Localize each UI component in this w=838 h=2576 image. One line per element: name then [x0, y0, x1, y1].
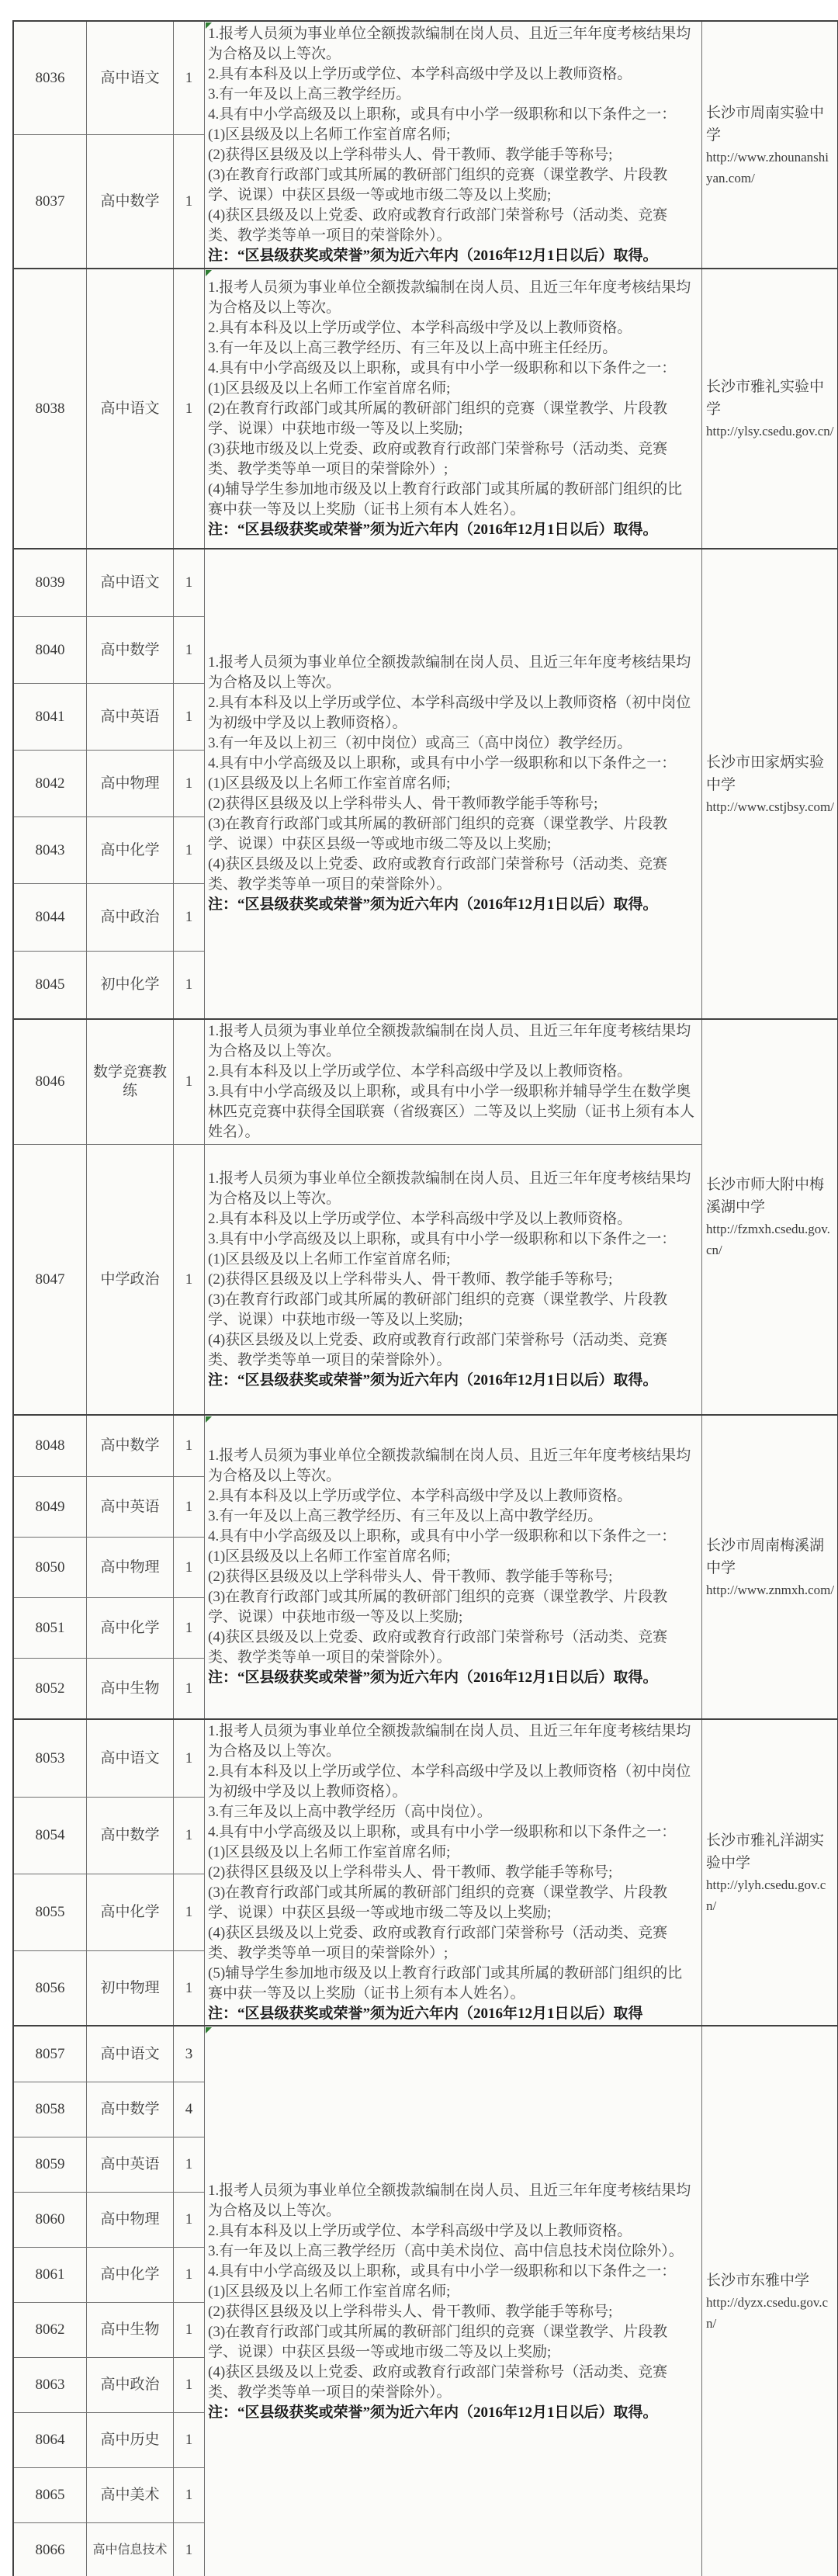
- school-url: http://ylsy.csedu.gov.cn/: [706, 421, 835, 442]
- headcount-cell: 1: [174, 2302, 205, 2357]
- job-title-cell: 高中政治: [87, 883, 174, 951]
- school-name: 长沙市周南梅溪湖中学: [706, 1534, 835, 1579]
- requirements-cell: 1.报考人员须为事业单位全额拨款编制在岗人员、且近三年年度考核结果均为合格及以上…: [205, 1020, 702, 1144]
- job-code-cell: 8064: [14, 2412, 87, 2467]
- requirement-text: 1.报考人员须为事业单位全额拨款编制在岗人员、且近三年年度考核结果均为合格及以上…: [208, 24, 697, 246]
- school-name: 长沙市田家炳实验中学: [706, 751, 835, 796]
- job-title-cell: 高中语文: [87, 2026, 174, 2082]
- job-code-cell: 8036: [14, 22, 87, 134]
- job-code-cell: 8043: [14, 816, 87, 883]
- requirement-text: 1.报考人员须为事业单位全额拨款编制在岗人员、且近三年年度考核结果均为合格及以上…: [208, 1021, 697, 1142]
- headcount-cell: 1: [174, 1020, 205, 1144]
- job-title-cell: 高中数学: [87, 1416, 174, 1476]
- job-title-cell: 高中美术: [87, 2467, 174, 2522]
- job-title-cell: 高中信息技术: [87, 2522, 174, 2576]
- requirements-cell: 1.报考人员须为事业单位全额拨款编制在岗人员、且近三年年度考核结果均为合格及以上…: [205, 1144, 702, 1414]
- job-code-cell: 8060: [14, 2192, 87, 2247]
- job-title-cell: 高中英语: [87, 2137, 174, 2192]
- headcount-cell: 1: [174, 1597, 205, 1658]
- headcount-cell: 4: [174, 2082, 205, 2137]
- job-code-cell: 8058: [14, 2082, 87, 2137]
- requirements-cell: 1.报考人员须为事业单位全额拨款编制在岗人员、且近三年年度考核结果均为合格及以上…: [205, 1416, 702, 1718]
- headcount-cell: 1: [174, 1416, 205, 1476]
- job-code-cell: 8059: [14, 2137, 87, 2192]
- requirement-text: 1.报考人员须为事业单位全额拨款编制在岗人员、且近三年年度考核结果均为合格及以上…: [208, 1169, 697, 1371]
- requirement-text: 1.报考人员须为事业单位全额拨款编制在岗人员、且近三年年度考核结果均为合格及以上…: [208, 2181, 697, 2403]
- job-title-cell: 高中化学: [87, 816, 174, 883]
- table-block: 8053 高中语文 1 8054 高中数学 1 8055 高中化学 1 8056…: [14, 1718, 837, 2025]
- headcount-cell: 1: [174, 616, 205, 683]
- school-cell: 长沙市师大附中梅溪湖中学 http://fzmxh.csedu.gov.cn/: [702, 1020, 837, 1414]
- requirement-note: 注：“区县级获奖或荣誉”须为近六年内（2016年12月1日以后）取得。: [208, 246, 697, 266]
- headcount-cell: 1: [174, 683, 205, 750]
- headcount-cell: 1: [174, 816, 205, 883]
- job-code-cell: 8056: [14, 1950, 87, 2025]
- job-title-cell: 高中生物: [87, 1658, 174, 1718]
- job-code-cell: 8041: [14, 683, 87, 750]
- job-title-cell: 高中语文: [87, 550, 174, 616]
- job-code-cell: 8055: [14, 1874, 87, 1950]
- school-cell: 长沙市周南梅溪湖中学 http://www.znmxh.com/: [702, 1416, 837, 1718]
- headcount-cell: 1: [174, 1797, 205, 1874]
- headcount-cell: 1: [174, 951, 205, 1018]
- school-cell: 长沙市田家炳实验中学 http://www.cstjbsy.com/: [702, 550, 837, 1018]
- headcount-cell: 1: [174, 750, 205, 816]
- headcount-cell: 1: [174, 1144, 205, 1414]
- headcount-cell: 1: [174, 269, 205, 548]
- job-title-cell: 中学政治: [87, 1144, 174, 1414]
- job-code-cell: 8065: [14, 2467, 87, 2522]
- headcount-cell: 1: [174, 1720, 205, 1797]
- headcount-cell: 1: [174, 1950, 205, 2025]
- requirement-note: 注：“区县级获奖或荣誉”须为近六年内（2016年12月1日以后）取得: [208, 2004, 697, 2024]
- requirement-note: 注：“区县级获奖或荣誉”须为近六年内（2016年12月1日以后）取得。: [208, 2403, 697, 2423]
- job-title-cell: 高中化学: [87, 1597, 174, 1658]
- headcount-cell: 1: [174, 2522, 205, 2576]
- headcount-cell: 1: [174, 2192, 205, 2247]
- school-name: 长沙市雅礼实验中学: [706, 376, 835, 421]
- job-title-cell: 高中化学: [87, 2247, 174, 2302]
- table-block: 8036 高中语文 1 8037 高中数学 1 1.报考人员须为事业单位全额拨款…: [14, 22, 837, 268]
- job-code-cell: 8047: [14, 1144, 87, 1414]
- headcount-cell: 1: [174, 1476, 205, 1537]
- requirement-note: 注：“区县级获奖或荣誉”须为近六年内（2016年12月1日以后）取得。: [208, 895, 697, 915]
- headcount-cell: 1: [174, 2412, 205, 2467]
- job-title-cell: 高中物理: [87, 1537, 174, 1597]
- school-url: http://dyzx.csedu.gov.cn/: [706, 2292, 835, 2334]
- requirements-cell: 1.报考人员须为事业单位全额拨款编制在岗人员、且近三年年度考核结果均为合格及以上…: [205, 2026, 702, 2576]
- table-block: 8046 数学竞赛教练 1 1.报考人员须为事业单位全额拨款编制在岗人员、且近三…: [14, 1018, 837, 1414]
- headcount-cell: 3: [174, 2026, 205, 2082]
- headcount-cell: 1: [174, 22, 205, 134]
- headcount-cell: 1: [174, 2357, 205, 2412]
- job-code-cell: 8048: [14, 1416, 87, 1476]
- job-code-cell: 8049: [14, 1476, 87, 1537]
- job-code-cell: 8038: [14, 269, 87, 548]
- school-name: 长沙市师大附中梅溪湖中学: [706, 1174, 835, 1219]
- job-code-cell: 8037: [14, 134, 87, 268]
- job-title-cell: 高中语文: [87, 269, 174, 548]
- table-block: 8039 高中语文 1 8040 高中数学 1 8041 高中英语 1 8042…: [14, 548, 837, 1018]
- job-code-cell: 8052: [14, 1658, 87, 1718]
- recruitment-table: 8036 高中语文 1 8037 高中数学 1 1.报考人员须为事业单位全额拨款…: [12, 20, 838, 2576]
- comment-marker-icon: [206, 2027, 212, 2033]
- headcount-cell: 1: [174, 2137, 205, 2192]
- job-title-cell: 高中数学: [87, 1797, 174, 1874]
- requirement-note: 注：“区县级获奖或荣誉”须为近六年内（2016年12月1日以后）取得。: [208, 1371, 697, 1391]
- headcount-cell: 1: [174, 2247, 205, 2302]
- comment-marker-icon: [206, 1416, 212, 1423]
- job-code-cell: 8057: [14, 2026, 87, 2082]
- school-name: 长沙市雅礼洋湖实验中学: [706, 1829, 835, 1874]
- school-name: 长沙市周南实验中学: [706, 102, 835, 147]
- requirements-cell: 1.报考人员须为事业单位全额拨款编制在岗人员、且近三年年度考核结果均为合格及以上…: [205, 269, 702, 548]
- job-title-cell: 高中生物: [87, 2302, 174, 2357]
- job-title-cell: 高中数学: [87, 2082, 174, 2137]
- headcount-cell: 1: [174, 883, 205, 951]
- school-cell: 长沙市雅礼实验中学 http://ylsy.csedu.gov.cn/: [702, 269, 837, 548]
- job-title-cell: 高中英语: [87, 683, 174, 750]
- school-url: http://fzmxh.csedu.gov.cn/: [706, 1219, 835, 1260]
- table-block: 8038 高中语文 1 1.报考人员须为事业单位全额拨款编制在岗人员、且近三年年…: [14, 268, 837, 548]
- job-code-cell: 8051: [14, 1597, 87, 1658]
- job-title-cell: 初中化学: [87, 951, 174, 1018]
- school-cell: 长沙市东雅中学 http://dyzx.csedu.gov.cn/: [702, 2026, 837, 2576]
- job-title-cell: 数学竞赛教练: [87, 1020, 174, 1144]
- job-title-cell: 高中物理: [87, 2192, 174, 2247]
- job-title-cell: 高中化学: [87, 1874, 174, 1950]
- job-code-cell: 8061: [14, 2247, 87, 2302]
- requirement-text: 1.报考人员须为事业单位全额拨款编制在岗人员、且近三年年度考核结果均为合格及以上…: [208, 1446, 697, 1668]
- requirements-cell: 1.报考人员须为事业单位全额拨款编制在岗人员、且近三年年度考核结果均为合格及以上…: [205, 22, 702, 268]
- job-code-cell: 8062: [14, 2302, 87, 2357]
- job-code-cell: 8050: [14, 1537, 87, 1597]
- headcount-cell: 1: [174, 2467, 205, 2522]
- job-code-cell: 8044: [14, 883, 87, 951]
- comment-marker-icon: [206, 23, 212, 29]
- headcount-cell: 1: [174, 1537, 205, 1597]
- job-title-cell: 高中英语: [87, 1476, 174, 1537]
- comment-marker-icon: [206, 270, 212, 276]
- requirement-text: 1.报考人员须为事业单位全额拨款编制在岗人员、且近三年年度考核结果均为合格及以上…: [208, 278, 697, 520]
- job-title-cell: 高中语文: [87, 1720, 174, 1797]
- job-title-cell: 初中物理: [87, 1950, 174, 2025]
- table-block: 8057 高中语文 3 8058 高中数学 4 8059 高中英语 1 8060…: [14, 2025, 837, 2576]
- school-url: http://www.zhounanshiyan.com/: [706, 147, 835, 189]
- table-block: 8048 高中数学 1 8049 高中英语 1 8050 高中物理 1 8051…: [14, 1414, 837, 1718]
- requirements-cell: 1.报考人员须为事业单位全额拨款编制在岗人员、且近三年年度考核结果均为合格及以上…: [205, 550, 702, 1018]
- job-code-cell: 8046: [14, 1020, 87, 1144]
- requirement-text: 1.报考人员须为事业单位全额拨款编制在岗人员、且近三年年度考核结果均为合格及以上…: [208, 1721, 697, 2004]
- school-url: http://www.znmxh.com/: [706, 1579, 835, 1600]
- requirements-cell: 1.报考人员须为事业单位全额拨款编制在岗人员、且近三年年度考核结果均为合格及以上…: [205, 1720, 702, 2025]
- job-title-cell: 高中历史: [87, 2412, 174, 2467]
- job-title-cell: 高中数学: [87, 616, 174, 683]
- job-title-cell: 高中政治: [87, 2357, 174, 2412]
- school-url: http://www.cstjbsy.com/: [706, 796, 835, 817]
- school-cell: 长沙市周南实验中学 http://www.zhounanshiyan.com/: [702, 22, 837, 268]
- job-title-cell: 高中数学: [87, 134, 174, 268]
- requirement-note: 注：“区县级获奖或荣誉”须为近六年内（2016年12月1日以后）取得。: [208, 1668, 697, 1688]
- requirement-note: 注：“区县级获奖或荣誉”须为近六年内（2016年12月1日以后）取得。: [208, 520, 697, 540]
- job-title-cell: 高中物理: [87, 750, 174, 816]
- headcount-cell: 1: [174, 134, 205, 268]
- job-code-cell: 8063: [14, 2357, 87, 2412]
- job-code-cell: 8040: [14, 616, 87, 683]
- requirement-text: 1.报考人员须为事业单位全额拨款编制在岗人员、且近三年年度考核结果均为合格及以上…: [208, 653, 697, 895]
- headcount-cell: 1: [174, 1658, 205, 1718]
- job-code-cell: 8045: [14, 951, 87, 1018]
- job-code-cell: 8053: [14, 1720, 87, 1797]
- page: 8036 高中语文 1 8037 高中数学 1 1.报考人员须为事业单位全额拨款…: [0, 0, 838, 2576]
- school-cell: 长沙市雅礼洋湖实验中学 http://ylyh.csedu.gov.cn/: [702, 1720, 837, 2025]
- job-title-cell: 高中语文: [87, 22, 174, 134]
- school-url: http://ylyh.csedu.gov.cn/: [706, 1874, 835, 1916]
- school-name: 长沙市东雅中学: [706, 2269, 835, 2292]
- headcount-cell: 1: [174, 550, 205, 616]
- headcount-cell: 1: [174, 1874, 205, 1950]
- job-code-cell: 8054: [14, 1797, 87, 1874]
- job-code-cell: 8042: [14, 750, 87, 816]
- job-code-cell: 8039: [14, 550, 87, 616]
- job-code-cell: 8066: [14, 2522, 87, 2576]
